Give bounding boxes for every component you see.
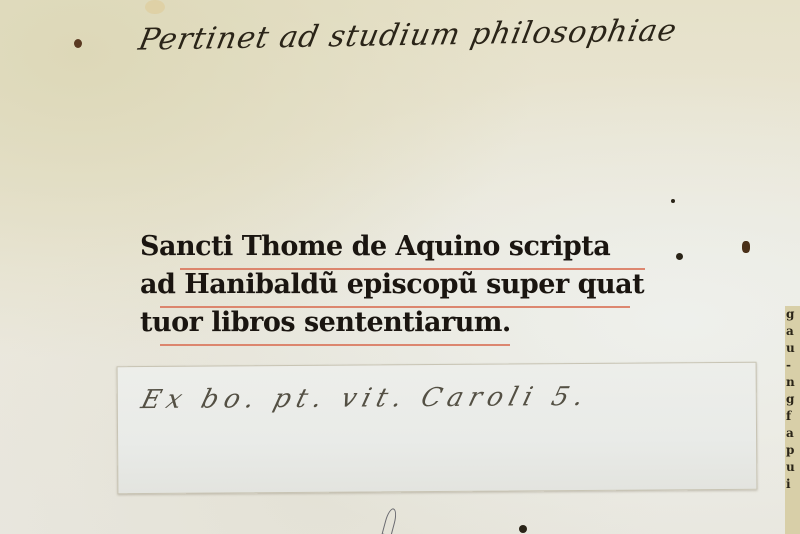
- fragment-char: g: [785, 306, 800, 323]
- manuscript-page: Pertinet ad studium philosophiae Sancti …: [0, 0, 800, 534]
- fragment-char: p: [785, 442, 800, 459]
- fragment-char: g: [785, 391, 800, 408]
- adjacent-page-fragment: g a u - n g f a p u i: [785, 306, 800, 534]
- stain-spot: [145, 0, 165, 14]
- title-line-2: ad Hanibaldũ episcopũ super quat: [140, 266, 660, 304]
- printed-title-block: Sancti Thome de Aquino scripta ad Haniba…: [140, 228, 660, 342]
- pencil-mark: [382, 507, 399, 534]
- fragment-char: a: [785, 323, 800, 340]
- fragment-char: a: [785, 425, 800, 442]
- fragment-char: n: [785, 374, 800, 391]
- ink-spot: [742, 241, 750, 253]
- slip-handwritten-text: Ex bo. pt. vit. Caroli 5.: [138, 382, 593, 415]
- fragment-char: i: [785, 476, 800, 493]
- fragment-char: u: [785, 340, 800, 357]
- pasted-paper-slip: Ex bo. pt. vit. Caroli 5.: [117, 362, 758, 494]
- rubrication-line-1: [180, 268, 645, 270]
- rubrication-line-3: [160, 344, 510, 346]
- fragment-char: u: [785, 459, 800, 476]
- ink-spot: [74, 39, 82, 48]
- ink-spot: [519, 525, 527, 533]
- fragment-char: -: [785, 357, 800, 374]
- title-line-3: tuor libros sententiarum.: [140, 304, 660, 342]
- title-line-1: Sancti Thome de Aquino scripta: [140, 228, 660, 266]
- ink-spot: [671, 199, 675, 203]
- rubrication-line-2: [160, 306, 630, 308]
- handwritten-ownership-note: Pertinet ad studium philosophiae: [136, 13, 680, 57]
- fragment-char: f: [785, 408, 800, 425]
- ink-spot: [676, 253, 683, 260]
